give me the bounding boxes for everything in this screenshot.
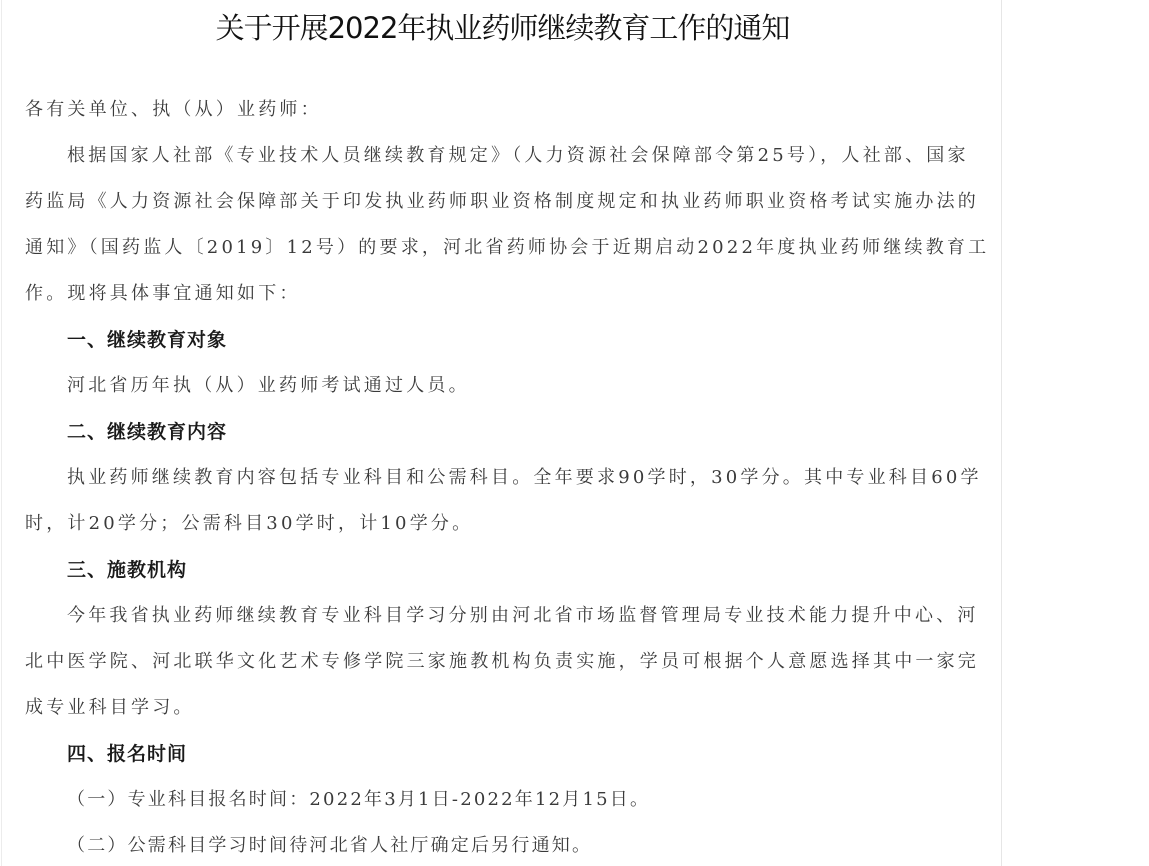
section-text-line: （一）专业科目报名时间：2022年3月1日-2022年12月15日。	[25, 777, 975, 823]
section-text-line: 今年我省执业药师继续教育专业科目学习分别由河北省市场监督管理局专业技术能力提升中…	[25, 593, 975, 639]
section-heading-targets: 一、继续教育对象	[25, 317, 975, 363]
section-heading-institutions: 三、施教机构	[25, 547, 975, 593]
intro-paragraph-line: 药监局《人力资源社会保障部关于印发执业药师职业资格制度规定和执业药师职业资格考试…	[25, 179, 975, 225]
intro-paragraph-line: 根据国家人社部《专业技术人员继续教育规定》（人力资源社会保障部令第25号），人社…	[25, 133, 975, 179]
section-text-line: 执业药师继续教育内容包括专业科目和公需科目。全年要求90学时，30学分。其中专业…	[25, 455, 975, 501]
intro-paragraph-line: 作。现将具体事宜通知如下：	[25, 271, 975, 317]
salutation: 各有关单位、执（从）业药师：	[25, 87, 975, 133]
section-text-line: 成专业科目学习。	[25, 685, 975, 731]
intro-paragraph-line: 通知》（国药监人〔2019〕12号）的要求，河北省药师协会于近期启动2022年度…	[25, 225, 975, 271]
section-heading-content: 二、继续教育内容	[25, 409, 975, 455]
section-text-line: 时，计20学分；公需科目30学时，计10学分。	[25, 501, 975, 547]
section-heading-registration-time: 四、报名时间	[25, 731, 975, 777]
section-text-line: 河北省历年执（从）业药师考试通过人员。	[25, 363, 975, 409]
document-page: 关于开展2022年执业药师继续教育工作的通知 各有关单位、执（从）业药师： 根据…	[1, 0, 1002, 866]
document-title: 关于开展2022年执业药师继续教育工作的通知	[2, 8, 1003, 48]
section-text-line: （二）公需科目学习时间待河北省人社厅确定后另行通知。	[25, 823, 975, 866]
document-body: 各有关单位、执（从）业药师： 根据国家人社部《专业技术人员继续教育规定》（人力资…	[25, 87, 975, 866]
section-text-line: 北中医学院、河北联华文化艺术专修学院三家施教机构负责实施，学员可根据个人意愿选择…	[25, 639, 975, 685]
